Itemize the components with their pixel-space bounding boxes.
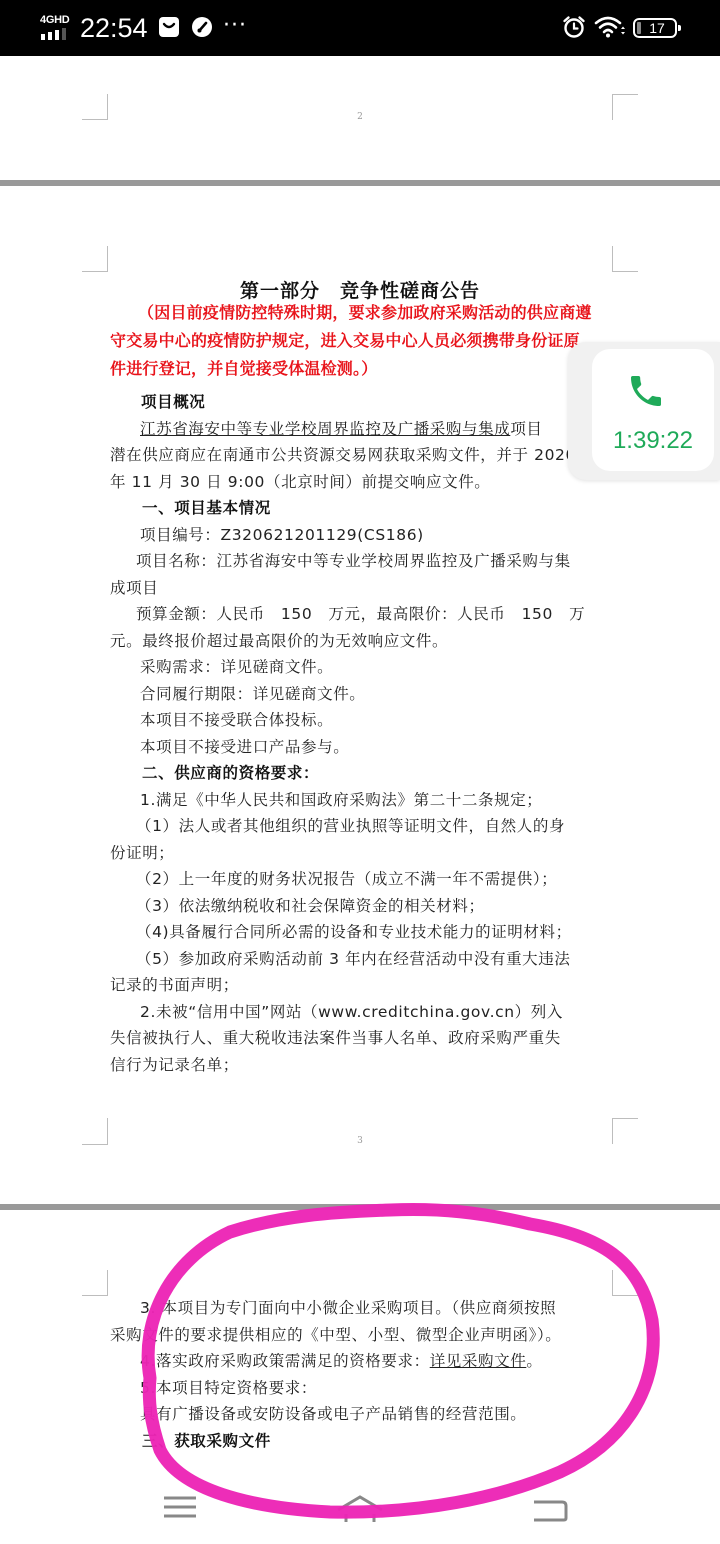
requirement-sub: 记录的书面声明； xyxy=(110,972,610,999)
no-import: 本项目不接受进口产品参与。 xyxy=(110,734,610,761)
requirement-item: 4.落实政府采购政策需满足的资格要求：详见采购文件。 xyxy=(110,1348,610,1375)
see-procurement-docs-link[interactable]: 详见采购文件 xyxy=(430,1352,527,1370)
back-button[interactable] xyxy=(520,1484,580,1524)
page-corner-mark xyxy=(82,246,108,272)
battery-icon: 17 xyxy=(633,18,677,38)
overview-heading: 项目概况 xyxy=(110,389,610,416)
section-heading: 一、项目基本情况 xyxy=(110,495,610,522)
requirement-sub: （3）依法缴纳税收和社会保障资金的相关材料； xyxy=(110,893,610,920)
requirement-sub: （1）法人或者其他组织的营业执照等证明文件，自然人的身 xyxy=(110,813,610,840)
signal-icon: 4GHD xyxy=(40,14,72,40)
page-corner-mark xyxy=(612,1270,638,1296)
page-separator xyxy=(0,1204,720,1210)
back-icon xyxy=(520,1484,580,1524)
network-type: 4GHD xyxy=(40,14,69,26)
requirement-item: 采购文件的要求提供相应的《中型、小型、微型企业声明函》）。 xyxy=(110,1322,610,1349)
speedometer-icon xyxy=(191,16,213,42)
contract-term: 合同履行期限：详见磋商文件。 xyxy=(110,681,610,708)
budget-cont: 元。最终报价超过最高限价的为无效响应文件。 xyxy=(110,628,610,655)
document-body-page4: 3. 本项目为专门面向中小微企业采购项目。（供应商须按照 采购文件的要求提供相应… xyxy=(110,1295,610,1454)
section-heading: 三、获取采购文件 xyxy=(110,1428,610,1455)
epidemic-notice: （因目前疫情防控特殊时期，要求参加政府采购活动的供应商遵 守交易中心的疫情防护规… xyxy=(110,299,610,383)
call-timer: 1:39:22 xyxy=(592,427,714,455)
requirement-item: 3. 本项目为专门面向中小微企业采购项目。（供应商须按照 xyxy=(110,1295,610,1322)
status-bar: 4GHD 22:54 ··· 17 xyxy=(0,0,720,56)
overview-line: 潜在供应商应在南通市公共资源交易网获取采购文件，并于 2020 xyxy=(110,442,610,469)
notice-line: （因目前疫情防控特殊时期，要求参加政府采购活动的供应商遵 xyxy=(110,299,610,327)
clock: 22:54 xyxy=(80,12,148,44)
shopping-bag-icon xyxy=(158,16,180,42)
requirement-sub: （2）上一年度的财务状况报告（成立不满一年不需提供）； xyxy=(110,866,610,893)
page-corner-mark xyxy=(612,246,638,272)
section-heading: 二、供应商的资格要求： xyxy=(110,760,610,787)
project-number: 项目编号：Z320621201129(CS186) xyxy=(110,522,610,549)
overview-line: 年 11 月 30 日 9:00（北京时间）前提交响应文件。 xyxy=(110,469,610,496)
requirement-detail: 具有广播设备或安防设备或电子产品销售的经营范围。 xyxy=(110,1401,610,1428)
wifi-icon xyxy=(594,15,626,43)
home-button[interactable] xyxy=(330,1484,390,1524)
more-icon: ··· xyxy=(223,12,247,40)
notice-line: 守交易中心的疫情防护规定，进入交易中心人员必须携带身份证原 xyxy=(110,327,610,355)
battery-level: 17 xyxy=(649,20,665,36)
budget: 预算金额：人民币 150 万元，最高限价：人民币 150 万 xyxy=(110,601,610,628)
overview-line: 江苏省海安中等专业学校周界监控及广播采购与集成项目 xyxy=(110,416,610,443)
navigation-bar xyxy=(0,1470,720,1544)
project-name-cont: 成项目 xyxy=(110,575,610,602)
requirement-item: 5.本项目特定资格要求： xyxy=(110,1375,610,1402)
page-separator xyxy=(0,180,720,186)
project-link[interactable]: 江苏省海安中等专业学校周界监控及广播采购与集成 xyxy=(140,420,510,438)
no-consortium: 本项目不接受联合体投标。 xyxy=(110,707,610,734)
floating-call-widget[interactable]: 1:39:22 xyxy=(568,342,720,480)
document-viewer[interactable]: 2 第一部分 竞争性磋商公告 （因目前疫情防控特殊时期，要求参加政府采购活动的供… xyxy=(0,56,720,1470)
requirement-sub: 份证明； xyxy=(110,840,610,867)
project-name: 项目名称：江苏省海安中等专业学校周界监控及广播采购与集 xyxy=(110,548,610,575)
menu-button[interactable] xyxy=(150,1484,210,1524)
requirement-item: 1.满足《中华人民共和国政府采购法》第二十二条规定； xyxy=(110,787,610,814)
page-corner-mark xyxy=(82,1270,108,1296)
home-icon xyxy=(330,1484,390,1524)
call-card[interactable]: 1:39:22 xyxy=(592,349,714,471)
document-body: 项目概况 江苏省海安中等专业学校周界监控及广播采购与集成项目 潜在供应商应在南通… xyxy=(110,389,610,1078)
alarm-icon xyxy=(562,15,586,43)
requirement-sub: （4)具备履行合同所必需的设备和专业技术能力的证明材料； xyxy=(110,919,610,946)
page-number: 2 xyxy=(0,112,720,122)
requirement-item: 失信被执行人、重大税收违法案件当事人名单、政府采购严重失 xyxy=(110,1025,610,1052)
procurement-requirement: 采购需求：详见磋商文件。 xyxy=(110,654,610,681)
phone-icon xyxy=(626,371,666,415)
requirement-item: 信行为记录名单； xyxy=(110,1052,610,1079)
requirement-sub: （5）参加政府采购活动前 3 年内在经营活动中没有重大违法 xyxy=(110,946,610,973)
page-number: 3 xyxy=(0,1136,720,1146)
notice-line: 件进行登记，并自觉接受体温检测。） xyxy=(110,355,610,383)
menu-icon xyxy=(150,1484,210,1524)
requirement-item: 2.未被“信用中国”网站（www.creditchina.gov.cn）列入 xyxy=(110,999,610,1026)
